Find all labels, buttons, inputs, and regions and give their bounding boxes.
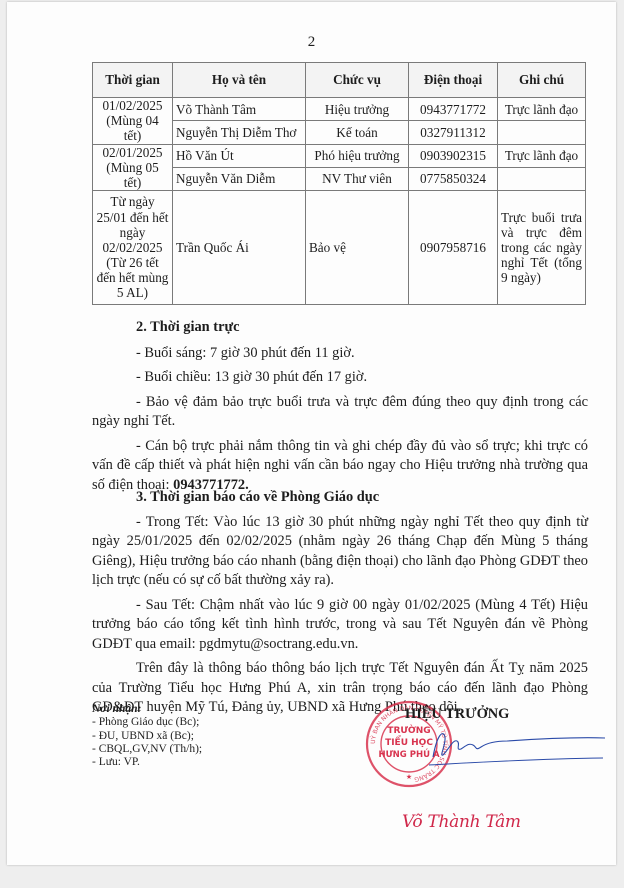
- table-header-row: Thời gian Họ và tên Chức vụ Điện thoại G…: [93, 63, 586, 98]
- recipient-item: - CBQL,GV,NV (Th/h);: [92, 743, 202, 756]
- time-cell: Từ ngày 25/01 đến hết ngày 02/02/2025 (T…: [93, 191, 173, 305]
- name-cell: Nguyễn Văn Diễm: [173, 167, 306, 190]
- header-name: Họ và tên: [173, 63, 306, 98]
- phone-cell: 0907958716: [409, 191, 498, 305]
- note-cell: Trực lãnh đạo: [498, 98, 586, 121]
- section-duty-hours: 2. Thời gian trực - Buổi sáng: 7 giờ 30 …: [92, 318, 588, 495]
- document-page: 2 Thời gian Họ và tên Chức vụ Điện thoại…: [7, 2, 616, 865]
- name-cell: Hồ Văn Út: [173, 144, 306, 167]
- header-time: Thời gian: [93, 63, 173, 98]
- time-cell: 02/01/2025 (Mùng 05 tết): [93, 144, 173, 191]
- recipient-item: - Phòng Giáo dục (Bc);: [92, 716, 202, 729]
- lunar-date-text: (Mùng 04 tết): [96, 113, 169, 143]
- position-cell: Bảo vệ: [306, 191, 409, 305]
- phone-cell: 0943771772: [409, 98, 498, 121]
- paragraph: - Buổi chiều: 13 giờ 30 phút đến 17 giờ.: [92, 368, 588, 388]
- phone-cell: 0327911312: [409, 121, 498, 144]
- recipient-item: - ĐU, UBND xã (Bc);: [92, 730, 202, 743]
- section-heading: 2. Thời gian trực: [92, 318, 588, 338]
- svg-text:TRƯỜNG: TRƯỜNG: [387, 724, 430, 736]
- date-text: 01/02/2025: [96, 98, 169, 113]
- table-row: 02/01/2025 (Mùng 05 tết) Hồ Văn Út Phó h…: [93, 144, 586, 167]
- paragraph: - Buổi sáng: 7 giờ 30 phút đến 11 giờ.: [92, 344, 588, 364]
- signer-title: HIỆU TRƯỞNG: [405, 706, 509, 723]
- table-row: 01/02/2025 (Mùng 04 tết) Võ Thành Tâm Hi…: [93, 98, 586, 121]
- phone-cell: 0775850324: [409, 167, 498, 190]
- header-note: Ghi chú: [498, 63, 586, 98]
- note-cell: Trực lãnh đạo: [498, 144, 586, 167]
- lunar-date-text: (Mùng 05 tết): [96, 160, 169, 190]
- note-cell: [498, 121, 586, 144]
- position-cell: Phó hiệu trưởng: [306, 144, 409, 167]
- section-heading: 3. Thời gian báo cáo về Phòng Giáo dục: [92, 488, 588, 508]
- section-reporting: 3. Thời gian báo cáo về Phòng Giáo dục -…: [92, 488, 588, 718]
- svg-text:★: ★: [406, 773, 412, 781]
- page-number: 2: [7, 34, 616, 51]
- recipients-block: Nơi nhận: - Phòng Giáo dục (Bc); - ĐU, U…: [92, 703, 202, 769]
- paragraph: - Sau Tết: Chậm nhất vào lúc 9 giờ 00 ng…: [92, 596, 588, 655]
- note-cell: Trực buổi trưa và trực đêm trong các ngà…: [498, 191, 586, 305]
- time-cell: 01/02/2025 (Mùng 04 tết): [93, 98, 173, 145]
- paragraph: - Cán bộ trực phải nắm thông tin và ghi …: [92, 437, 588, 496]
- paragraph-text: - Cán bộ trực phải nắm thông tin và ghi …: [92, 438, 588, 493]
- phone-cell: 0903902315: [409, 144, 498, 167]
- name-cell: Võ Thành Tâm: [173, 98, 306, 121]
- recipient-item: - Lưu: VP.: [92, 756, 202, 769]
- position-cell: NV Thư viên: [306, 167, 409, 190]
- paragraph: - Bảo vệ đảm bảo trực buổi trưa và trực …: [92, 393, 588, 432]
- position-cell: Kế toán: [306, 121, 409, 144]
- position-cell: Hiệu trưởng: [306, 98, 409, 121]
- header-position: Chức vụ: [306, 63, 409, 98]
- name-cell: Trần Quốc Ái: [173, 191, 306, 305]
- note-cell: [498, 167, 586, 190]
- header-phone: Điện thoại: [409, 63, 498, 98]
- recipients-title: Nơi nhận:: [92, 703, 202, 716]
- paragraph: - Trong Tết: Vào lúc 13 giờ 30 phút nhữn…: [92, 513, 588, 591]
- handwritten-signature-icon: [427, 727, 607, 772]
- signer-name: Võ Thành Tâm: [402, 812, 521, 832]
- duty-schedule-table: Thời gian Họ và tên Chức vụ Điện thoại G…: [92, 62, 586, 305]
- date-text: 02/01/2025: [96, 145, 169, 160]
- table-row: Từ ngày 25/01 đến hết ngày 02/02/2025 (T…: [93, 191, 586, 305]
- name-cell: Nguyễn Thị Diễm Thơ: [173, 121, 306, 144]
